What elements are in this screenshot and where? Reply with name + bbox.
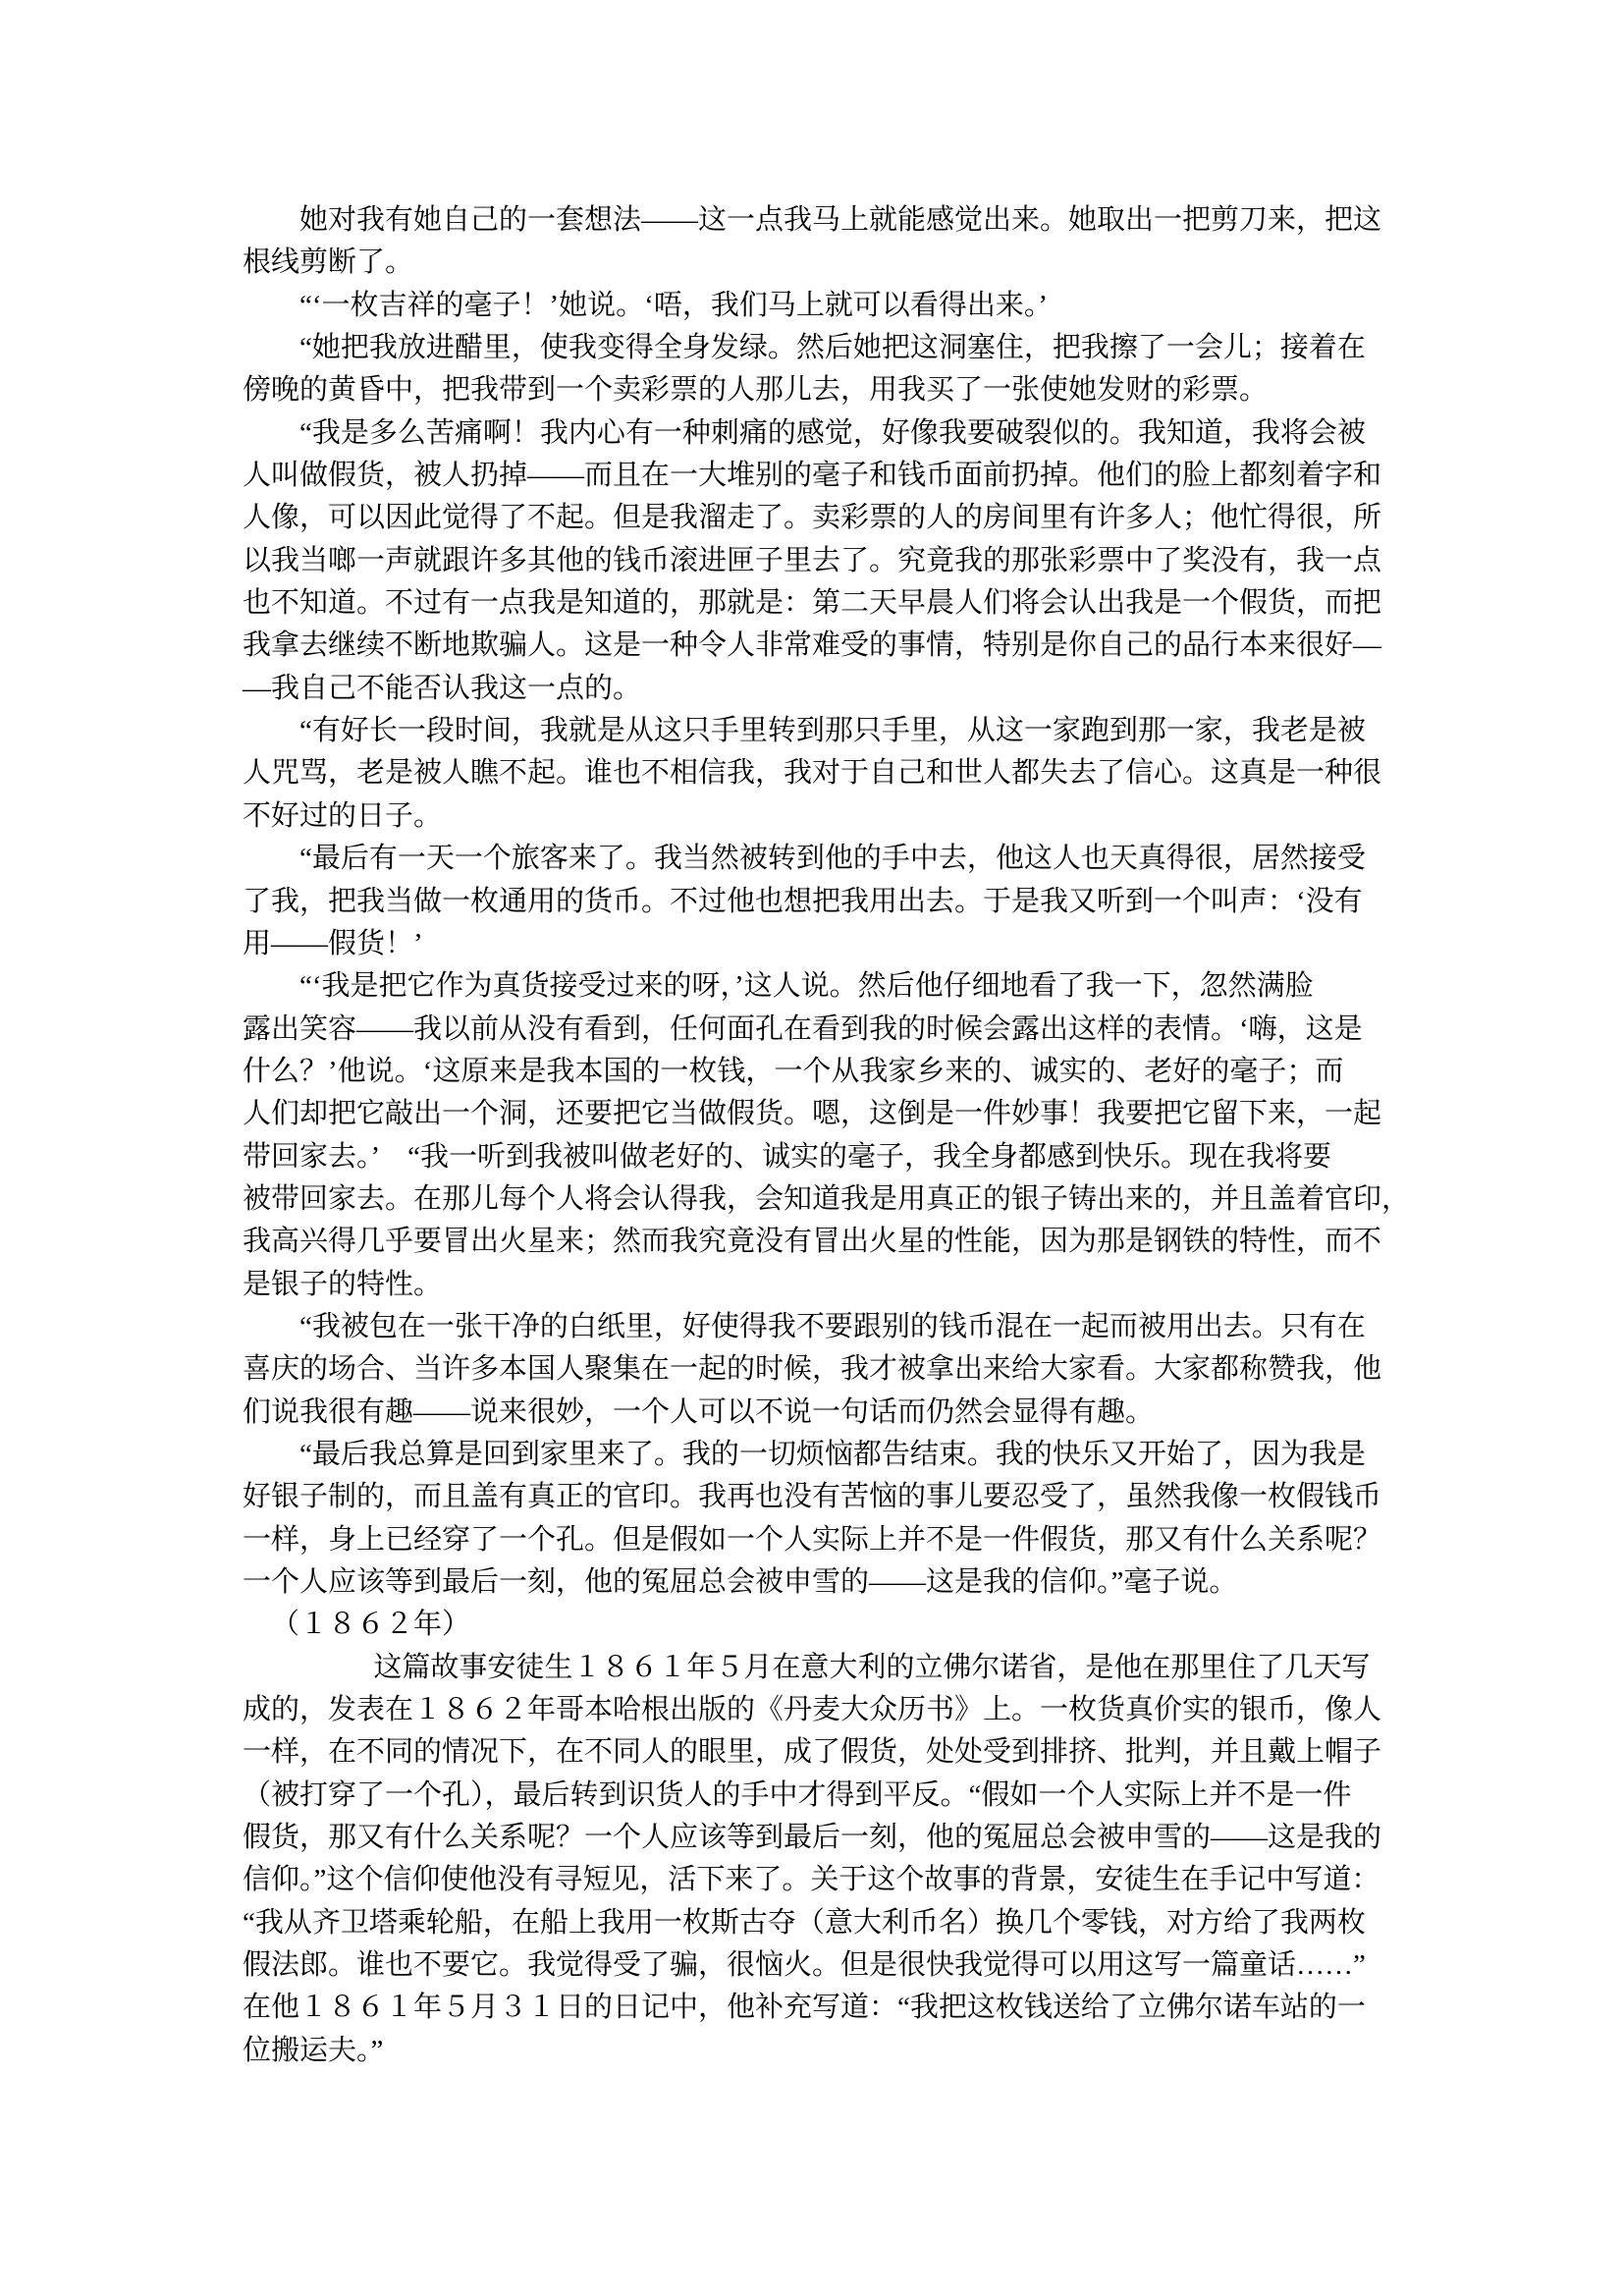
text-line: “最后有一天一个旅客来了。我当然被转到他的手中去，他这人也天真得很，居然接受	[243, 838, 1381, 880]
text-line: 了我，把我当做一枚通用的货币。不过他也想把我用出去。于是我又听到一个叫声：‘没有	[243, 881, 1381, 923]
text-line: 也不知道。不过有一点我是知道的，那就是：第二天早晨人们将会认出我是一个假货，而把	[243, 582, 1381, 625]
text-line: “她把我放进醋里，使我变得全身发绿。然后她把这洞塞住，把我擦了一会儿；接着在	[243, 327, 1381, 369]
text-line: 人咒骂，老是被人瞧不起。谁也不相信我，我对于自己和世人都失去了信心。这真是一种很	[243, 752, 1381, 794]
text-line: 被带回家去。在那儿每个人将会认得我，会知道我是用真正的银子铸出来的，并且盖着官印…	[243, 1178, 1381, 1221]
text-line: “‘一枚吉祥的毫子！’她说。‘唔，我们马上就可以看得出来。’	[243, 285, 1381, 327]
text-line: 人们却把它敲出一个洞，还要把它当做假货。嗯，这倒是一件妙事！我要把它留下来，一起	[243, 1093, 1381, 1135]
text-line: “‘我是把它作为真货接受过来的呀，’这人说。然后他仔细地看了我一下，忽然满脸	[243, 965, 1381, 1008]
text-line: 我拿去继续不断地欺骗人。这是一种令人非常难受的事情，特别是你自己的品行本来很好—	[243, 625, 1381, 667]
text-line: 人叫做假货，被人扔掉——而且在一大堆别的毫子和钱币面前扔掉。他们的脸上都刻着字和	[243, 455, 1381, 497]
text-line: 喜庆的场合、当许多本国人聚集在一起的时候，我才被拿出来给大家看。大家都称赞我，他	[243, 1348, 1381, 1391]
text-line: 用——假货！’	[243, 923, 1381, 965]
text-line: 们说我很有趣——说来很妙，一个人可以不说一句话而仍然会显得有趣。	[243, 1392, 1381, 1434]
text-line: —我自己不能否认我这一点的。	[243, 668, 1381, 710]
text-line: 好银子制的，而且盖有真正的官印。我再也没有苦恼的事儿要忍受了，虽然我像一枚假钱币	[243, 1476, 1381, 1518]
text-line: 傍晚的黄昏中，把我带到一个卖彩票的人那儿去，用我买了一张使她发财的彩票。	[243, 369, 1381, 411]
text-line: 带回家去。’ “我一听到我被叫做老好的、诚实的毫子，我全身都感到快乐。现在我将要	[243, 1136, 1381, 1178]
text-line: “有好长一段时间，我就是从这只手里转到那只手里，从这一家跑到那一家，我老是被	[243, 710, 1381, 752]
text-line: 成的，发表在１８６２年哥本哈根出版的《丹麦大众历书》上。一枚货真价实的银币，像人	[243, 1689, 1381, 1731]
text-line: （被打穿了一个孔），最后转到识货人的手中才得到平反。“假如一个人实际上并不是一件	[243, 1775, 1381, 1817]
text-line: 一个人应该等到最后一刻，他的冤屈总会被申雪的——这是我的信仰。”毫子说。	[243, 1561, 1381, 1604]
text-line: 一样，在不同的情况下，在不同人的眼里，成了假货，处处受到排挤、批判，并且戴上帽子	[243, 1731, 1381, 1774]
text-line: 什么？’他说。‘这原来是我本国的一枚钱，一个从我家乡来的、诚实的、老好的毫子；而	[243, 1051, 1381, 1093]
text-line: “我被包在一张干净的白纸里，好使得我不要跟别的钱币混在一起而被用出去。只有在	[243, 1306, 1381, 1348]
text-line: “我是多么苦痛啊！我内心有一种刺痛的感觉，好像我要破裂似的。我知道，我将会被	[243, 412, 1381, 455]
text-line: 露出笑容——我以前从没有看到，任何面孔在看到我的时候会露出这样的表情。‘嗨，这是	[243, 1009, 1381, 1051]
text-line: （１８６２年）	[243, 1604, 1381, 1646]
text-line: 根线剪断了。	[243, 242, 1381, 284]
document-page: 她对我有她自己的一套想法——这一点我马上就能感觉出来。她取出一把剪刀来，把这根线…	[0, 0, 1623, 2296]
text-line: 假法郎。谁也不要它。我觉得受了骗，很恼火。但是很快我觉得可以用这写一篇童话……”	[243, 1944, 1381, 1987]
text-line: 我高兴得几乎要冒出火星来；然而我究竟没有冒出火星的性能，因为那是钢铁的特性，而不	[243, 1221, 1381, 1263]
text-line: 信仰。”这个信仰使他没有寻短见，活下来了。关于这个故事的背景，安徒生在手记中写道…	[243, 1859, 1381, 1901]
text-line: 这篇故事安徒生１８６１年５月在意大利的立佛尔诺省，是他在那里住了几天写	[243, 1647, 1381, 1689]
text-line: 以我当啷一声就跟许多其他的钱币滚进匣子里去了。究竟我的那张彩票中了奖没有，我一点	[243, 540, 1381, 582]
text-line: 位搬运夫。”	[243, 2030, 1381, 2072]
text-line: 在他１８６１年５月３１日的日记中，他补充写道：“我把这枚钱送给了立佛尔诺车站的一	[243, 1987, 1381, 2029]
text-line: “最后我总算是回到家里来了。我的一切烦恼都告结束。我的快乐又开始了，因为我是	[243, 1434, 1381, 1476]
text-line: “我从齐卫塔乘轮船，在船上我用一枚斯古夺（意大利币名）换几个零钱，对方给了我两枚	[243, 1902, 1381, 1944]
text-line: 人像，可以因此觉得了不起。但是我溜走了。卖彩票的人的房间里有许多人；他忙得很，所	[243, 497, 1381, 539]
text-line: 她对我有她自己的一套想法——这一点我马上就能感觉出来。她取出一把剪刀来，把这	[243, 199, 1381, 242]
text-line: 一样，身上已经穿了一个孔。但是假如一个人实际上并不是一件假货，那又有什么关系呢？	[243, 1519, 1381, 1561]
text-line: 是银子的特性。	[243, 1264, 1381, 1306]
text-line: 不好过的日子。	[243, 795, 1381, 838]
text-block: 她对我有她自己的一套想法——这一点我马上就能感觉出来。她取出一把剪刀来，把这根线…	[243, 199, 1381, 2072]
text-line: 假货，那又有什么关系呢？一个人应该等到最后一刻，他的冤屈总会被申雪的——这是我的	[243, 1817, 1381, 1859]
